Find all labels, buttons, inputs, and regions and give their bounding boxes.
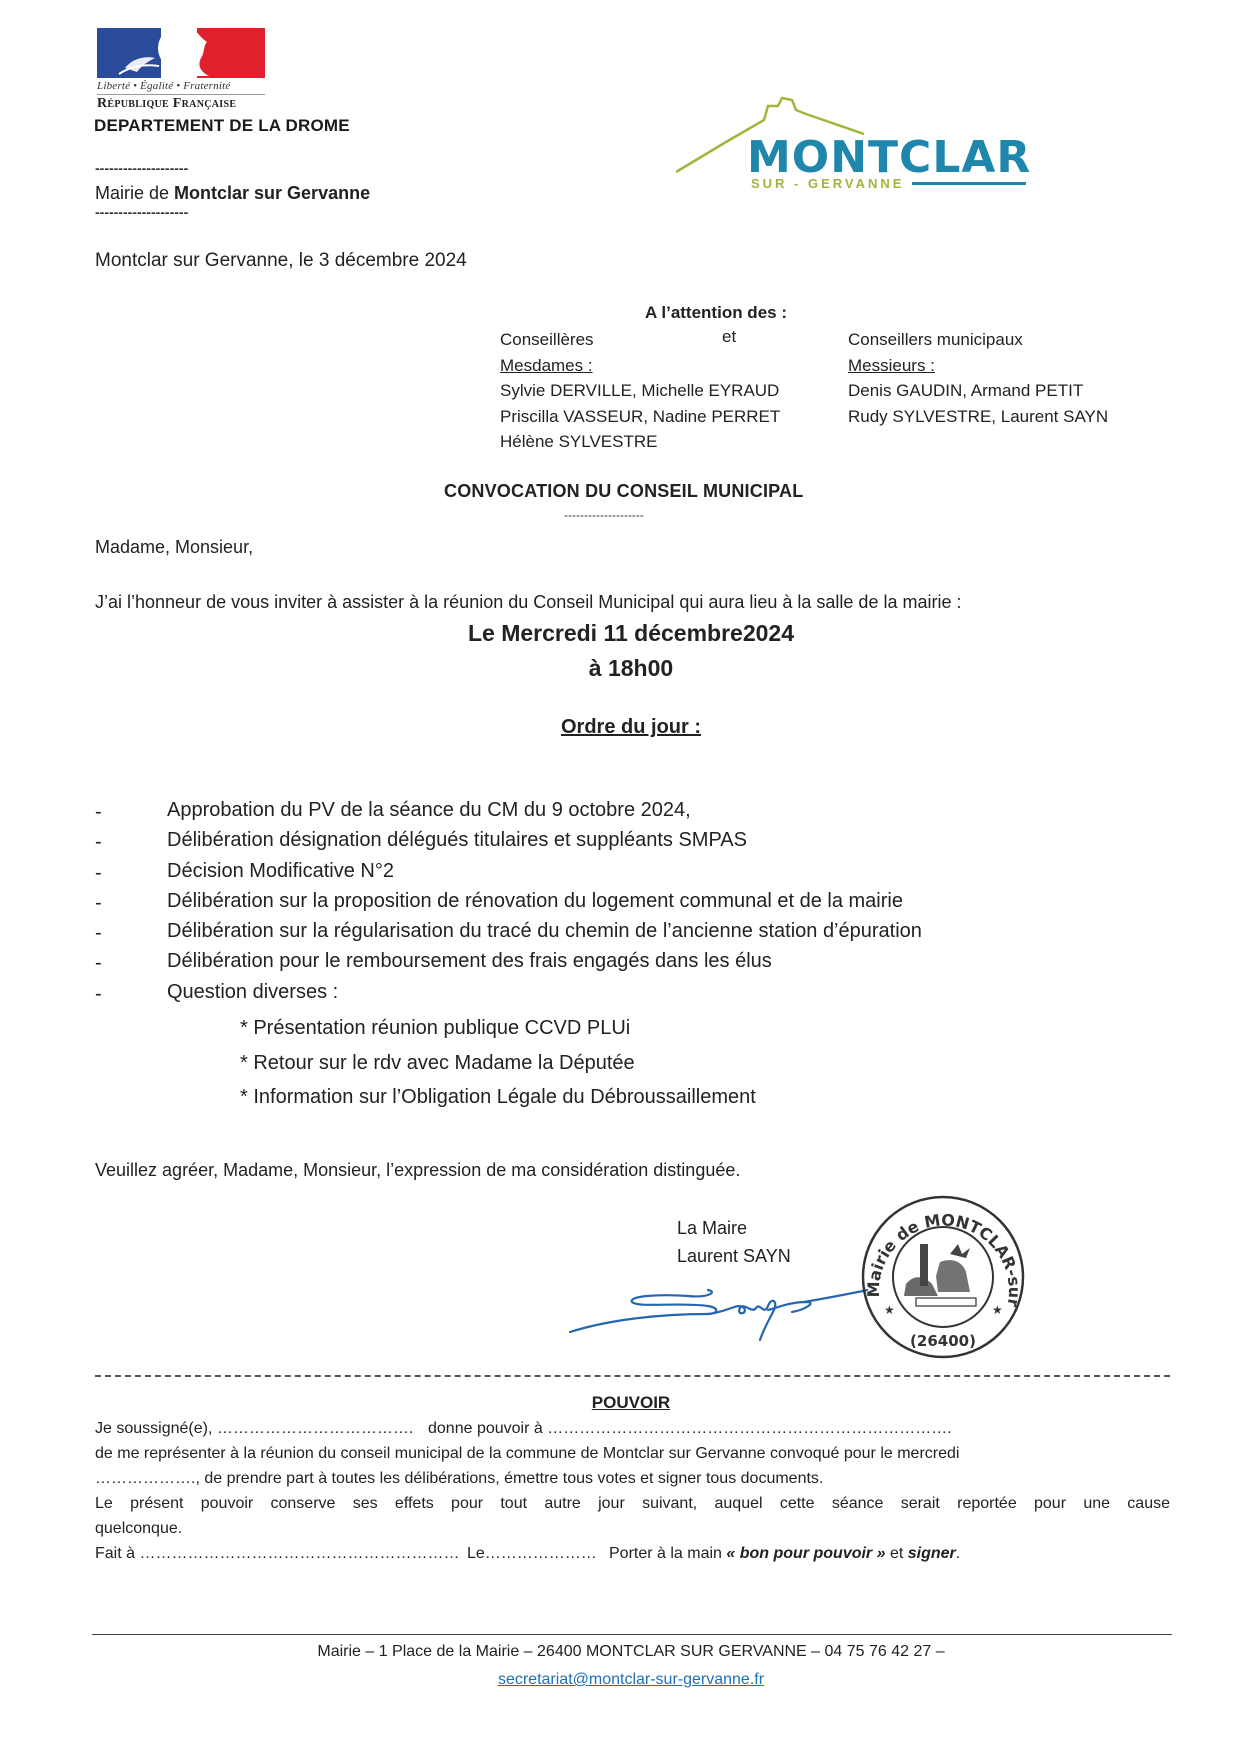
salutation: Madame, Monsieur,: [95, 537, 253, 558]
bullet-dash: -: [95, 983, 102, 1006]
instruction-mid: et: [886, 1545, 908, 1562]
agenda-item-text: Délibération pour le remboursement des f…: [167, 950, 772, 973]
pouvoir-place-field[interactable]: Fait à ……………………………………………………: [95, 1545, 459, 1563]
left-label: Mesdames :: [500, 353, 780, 379]
svg-text:★: ★: [992, 1303, 1003, 1317]
invitation-text: J’ai l’honneur de vous inviter à assiste…: [95, 592, 961, 613]
mairie-stamp: Mairie de MONTCLAR-sur-GERVANNE ★ ★ (264…: [858, 1192, 1028, 1362]
agenda-sub-item: * Présentation réunion publique CCVD PLU…: [240, 1017, 756, 1052]
closing-formula: Veuillez agréer, Madame, Monsieur, l’exp…: [95, 1160, 740, 1181]
meeting-date: Le Mercredi 11 décembre2024: [0, 620, 1241, 647]
agenda-item-text: Délibération désignation délégués titula…: [167, 829, 747, 852]
left-heading: Conseillères: [500, 327, 780, 353]
mairie-name: Mairie de Montclar sur Gervanne: [95, 183, 370, 204]
pouvoir-line: Le présent pouvoir conserve ses effets p…: [95, 1495, 1170, 1513]
motto: Liberté • Égalité • Fraternité: [97, 80, 230, 92]
svg-text:★: ★: [884, 1303, 895, 1317]
footer-divider: [92, 1634, 1172, 1635]
pouvoir-title: POUVOIR: [0, 1393, 1241, 1413]
left-recipient-line: Priscilla VASSEUR, Nadine PERRET: [500, 404, 780, 430]
mairie-prefix: Mairie de: [95, 183, 174, 203]
montclar-logo-subtitle: SUR - GERVANNE: [751, 176, 904, 191]
document-title: CONVOCATION DU CONSEIL MUNICIPAL: [444, 481, 803, 502]
meeting-time: à 18h00: [0, 655, 1241, 682]
recipients-conjunction: et: [722, 327, 736, 347]
agenda-item-text: Délibération sur la proposition de rénov…: [167, 890, 903, 913]
letter-date: Montclar sur Gervanne, le 3 décembre 202…: [95, 250, 467, 272]
mairie-town: Montclar sur Gervanne: [174, 183, 370, 203]
right-label: Messieurs :: [848, 353, 1108, 379]
departement: DEPARTEMENT DE LA DROME: [94, 116, 350, 136]
pouvoir-line: quelconque.: [95, 1520, 182, 1538]
footer-address: Mairie – 1 Place de la Mairie – 26400 MO…: [0, 1643, 1241, 1661]
bullet-dash: -: [95, 952, 102, 975]
cut-line-divider: [95, 1375, 1170, 1377]
bullet-dash: -: [95, 801, 102, 824]
header-dashes-bottom: --------------------: [95, 204, 188, 220]
agenda-sub-list: * Présentation réunion publique CCVD PLU…: [240, 1017, 756, 1121]
left-recipient-line: Sylvie DERVILLE, Michelle EYRAUD: [500, 378, 780, 404]
agenda-item-text: Délibération sur la régularisation du tr…: [167, 920, 922, 943]
signatory-title: La Maire: [677, 1218, 747, 1239]
pouvoir-date-field[interactable]: ………………., de prendre part à toutes les dé…: [95, 1470, 823, 1488]
bullet-dash: -: [95, 862, 102, 885]
instruction-prefix: Porter à la main: [609, 1545, 726, 1562]
agenda-item-text: Approbation du PV de la séance du CM du …: [167, 799, 691, 822]
right-recipient-line: Rudy SYLVESTRE, Laurent SAYN: [848, 404, 1108, 430]
pouvoir-undersigned-field[interactable]: Je soussigné(e), ……………………………….: [95, 1420, 413, 1438]
pouvoir-line: de me représenter à la réunion du consei…: [95, 1445, 1170, 1463]
stamp-postcode: (26400): [910, 1332, 976, 1350]
agenda-sub-item: * Retour sur le rdv avec Madame la Déput…: [240, 1052, 756, 1087]
recipients-right-column: Conseillers municipaux Messieurs : Denis…: [848, 327, 1108, 429]
agenda-title: Ordre du jour :: [0, 716, 1241, 739]
instruction-signer: signer: [908, 1545, 956, 1562]
recipients-title: A l’attention des :: [645, 303, 787, 323]
bullet-dash: -: [95, 922, 102, 945]
left-recipient-line: Hélène SYLVESTRE: [500, 429, 780, 455]
handwritten-signature: [568, 1262, 868, 1342]
agenda-item-text: Question diverses :: [167, 981, 338, 1004]
right-heading: Conseillers municipaux: [848, 327, 1108, 353]
agenda-item-text: Décision Modificative N°2: [167, 860, 394, 883]
pouvoir-instruction: Porter à la main « bon pour pouvoir » et…: [609, 1545, 960, 1563]
pouvoir-signing-date-field[interactable]: Le…………………: [467, 1545, 597, 1563]
bullet-dash: -: [95, 892, 102, 915]
right-recipient-line: Denis GAUDIN, Armand PETIT: [848, 378, 1108, 404]
recipients-left-column: Conseillères Mesdames : Sylvie DERVILLE,…: [500, 327, 780, 455]
agenda-sub-item: * Information sur l’Obligation Légale du…: [240, 1086, 756, 1121]
montclar-logo-underline: [912, 182, 1026, 185]
instruction-end: .: [956, 1545, 960, 1562]
header-dashes-top: --------------------: [95, 160, 188, 176]
pouvoir-proxy-field[interactable]: donne pouvoir à …………………………………………………………………: [428, 1420, 952, 1438]
footer-email-link[interactable]: secretariat@montclar-sur-gervanne.fr: [0, 1671, 1241, 1689]
marianne-logo: [97, 28, 265, 78]
title-dashes: --------------------: [564, 508, 644, 522]
republique-francaise: République Française: [97, 96, 236, 112]
instruction-bon-pour-pouvoir: « bon pour pouvoir »: [726, 1545, 885, 1562]
motto-divider: [97, 94, 265, 95]
bullet-dash: -: [95, 831, 102, 854]
